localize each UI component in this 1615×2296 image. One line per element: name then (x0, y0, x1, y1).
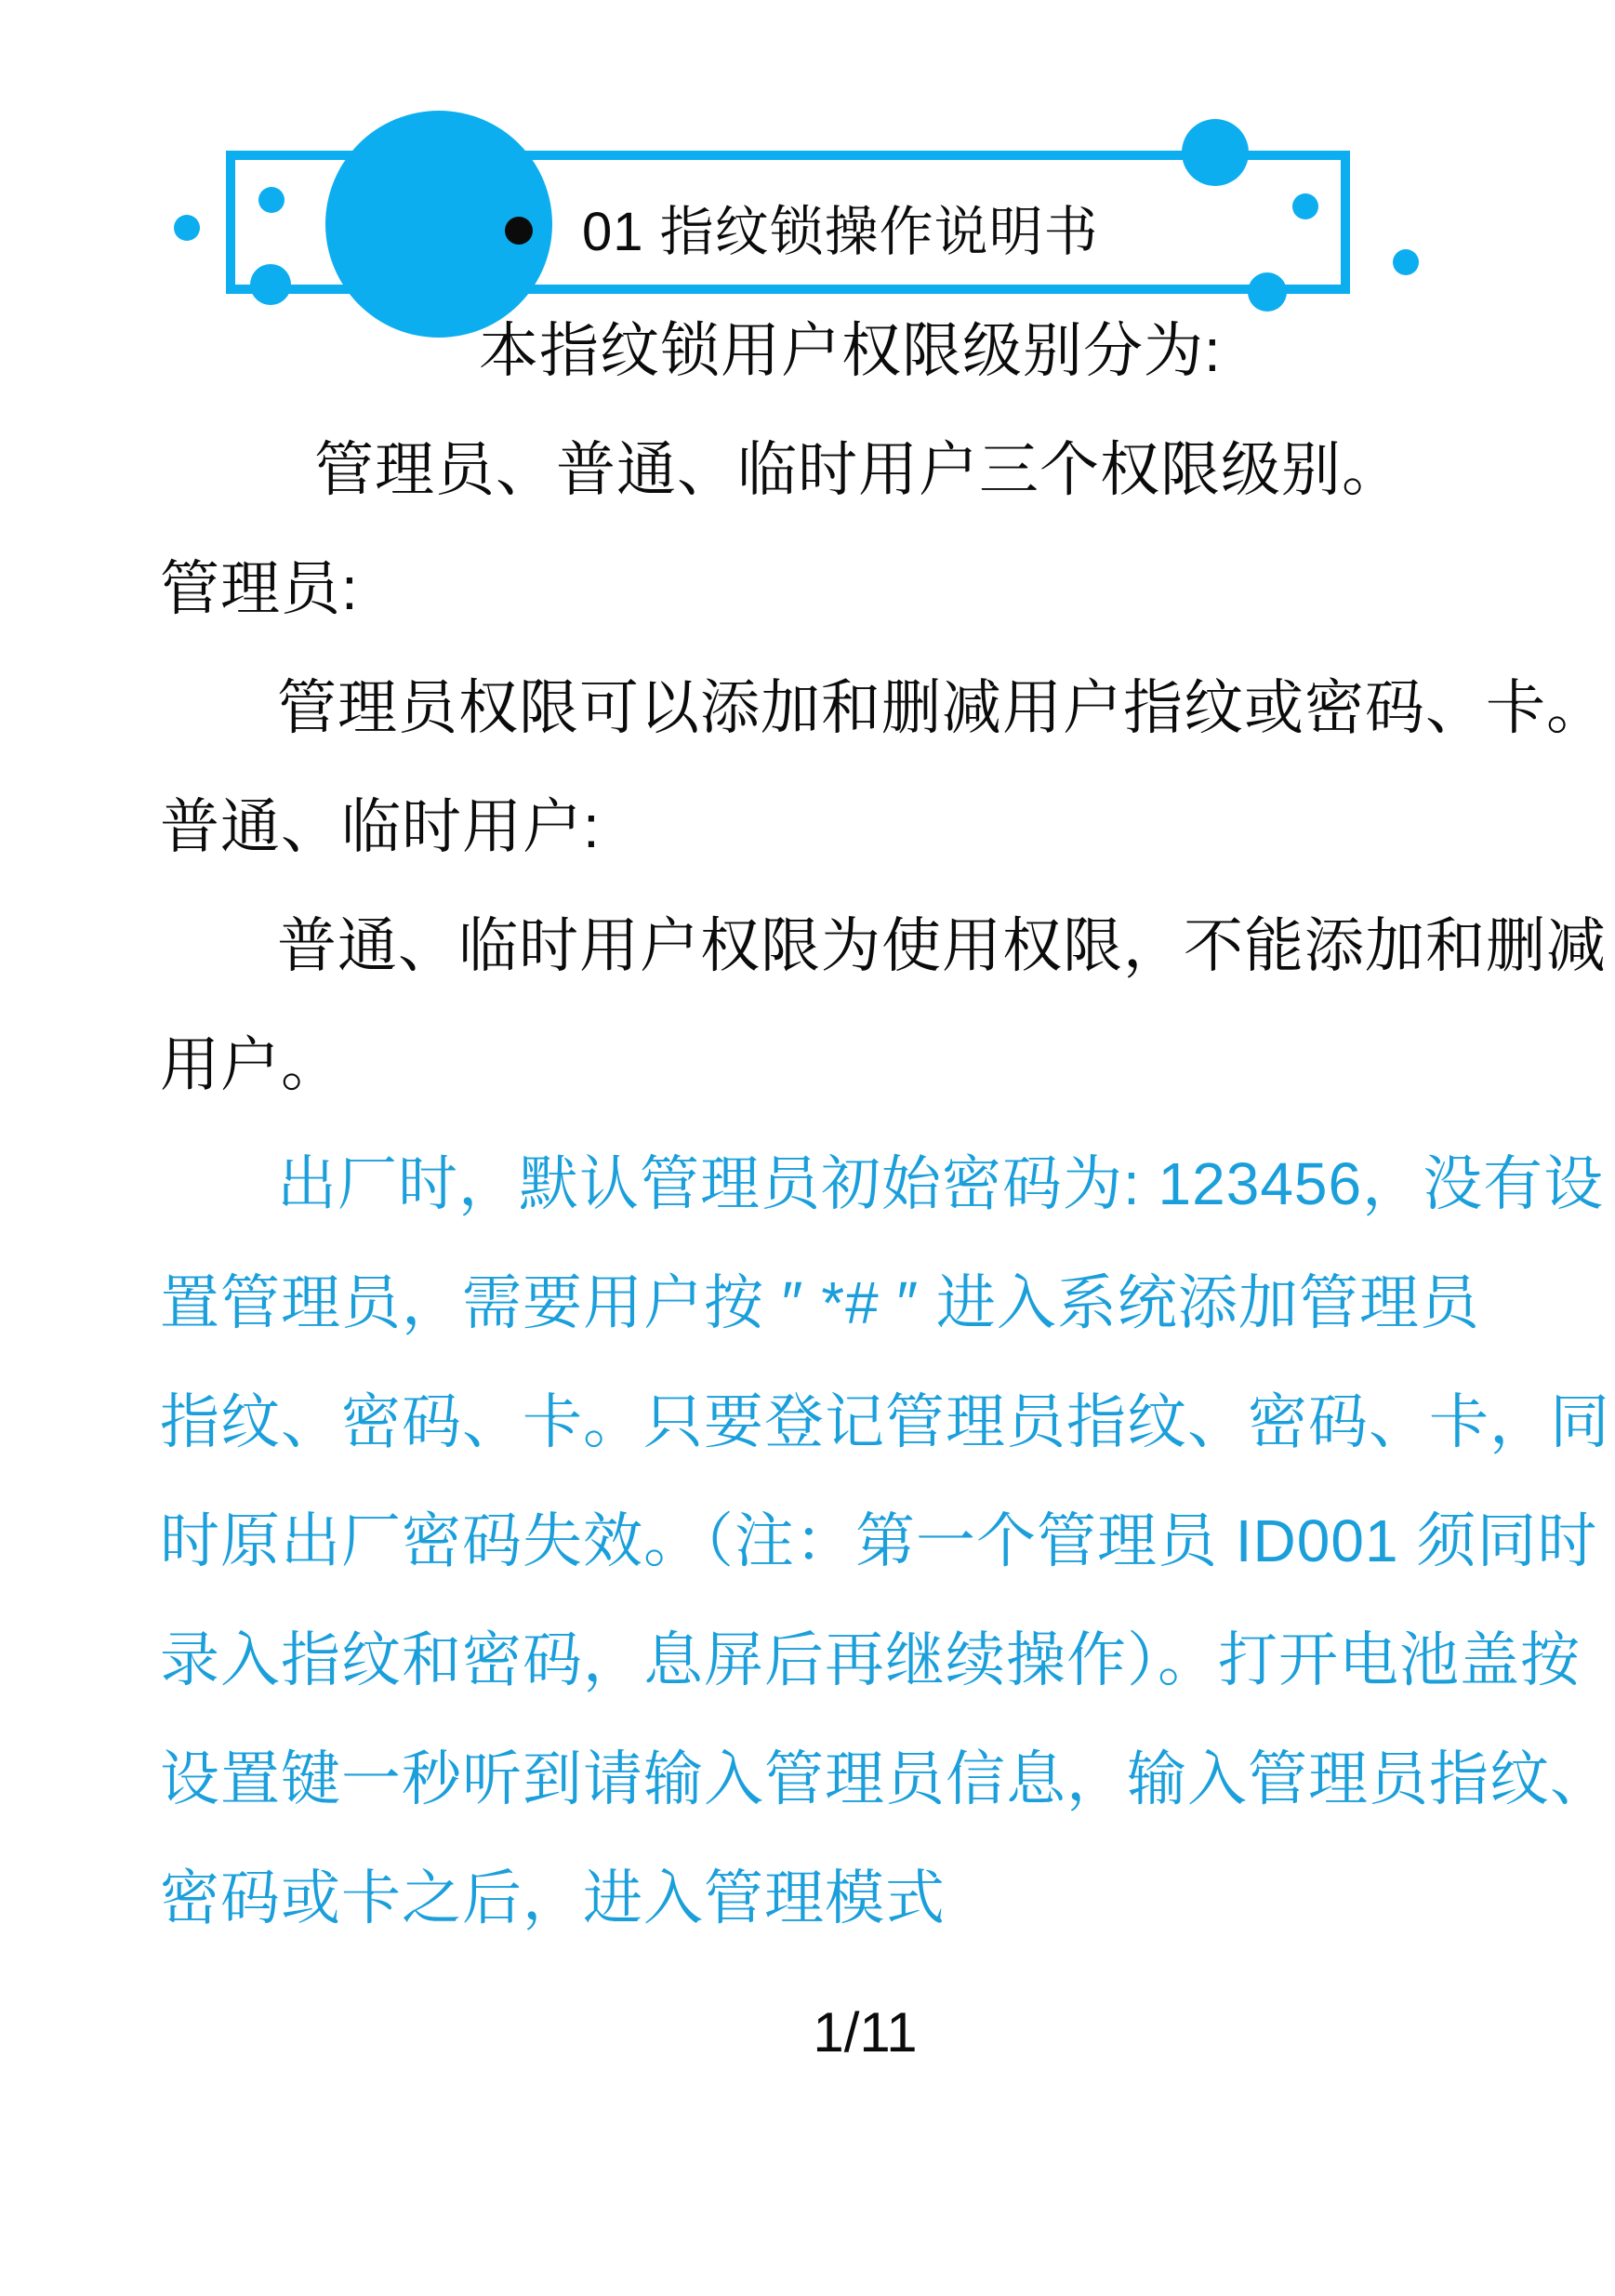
text-line: 时原出厂密码失效。（注：第一个管理员 ID001 须同时 (160, 1481, 1615, 1600)
text-line: 管理员、普通、临时用户三个权限级别。 (314, 410, 1615, 529)
text-line: 出厂时，默认管理员初始密码为: 123456，没有设 (277, 1124, 1615, 1243)
text-line: 密码或卡之后，进入管理模式 (160, 1838, 1615, 1958)
text-line: 指纹、密码、卡。只要登记管理员指纹、密码、卡，同 (160, 1362, 1615, 1481)
document-page: 01 指纹锁操作说明书 本指纹锁用户权限级别分为:管理员、普通、临时用户三个权限… (0, 0, 1615, 2296)
body-text: 本指纹锁用户权限级别分为:管理员、普通、临时用户三个权限级别。管理员:管理员权限… (160, 291, 1615, 1958)
decorative-dot-left-outer-icon (174, 215, 200, 241)
text-line: 普通、临时用户: (160, 767, 1615, 886)
decorative-dot-right-outer-icon (1393, 249, 1419, 275)
bullet-dot-icon (505, 217, 533, 245)
text-line: 管理员: (160, 529, 1615, 648)
text-line: 录入指纹和密码，息屏后再继续操作）。打开电池盖按 (160, 1600, 1615, 1719)
text-line: 普通、临时用户权限为使用权限，不能添加和删减 (277, 886, 1615, 1005)
page-number: 1/11 (58, 1973, 1615, 2092)
text-line: 本指纹锁用户权限级别分为: (479, 291, 1615, 410)
decorative-dot-right-inner-icon (1292, 193, 1318, 219)
decorative-circle-right-top-icon (1182, 119, 1249, 186)
text-line: 用户。 (160, 1005, 1615, 1124)
page-title: 01 指纹锁操作说明书 (582, 199, 1099, 266)
text-line: 管理员权限可以添加和删减用户指纹或密码、卡。 (277, 648, 1615, 767)
text-line: 置管理员，需要用户按 ″ *# ″ 进入系统添加管理员 (160, 1243, 1615, 1362)
text-line: 设置键一秒听到请输入管理员信息，输入管理员指纹、 (160, 1719, 1615, 1838)
decorative-dot-left-inner-icon (258, 187, 285, 213)
